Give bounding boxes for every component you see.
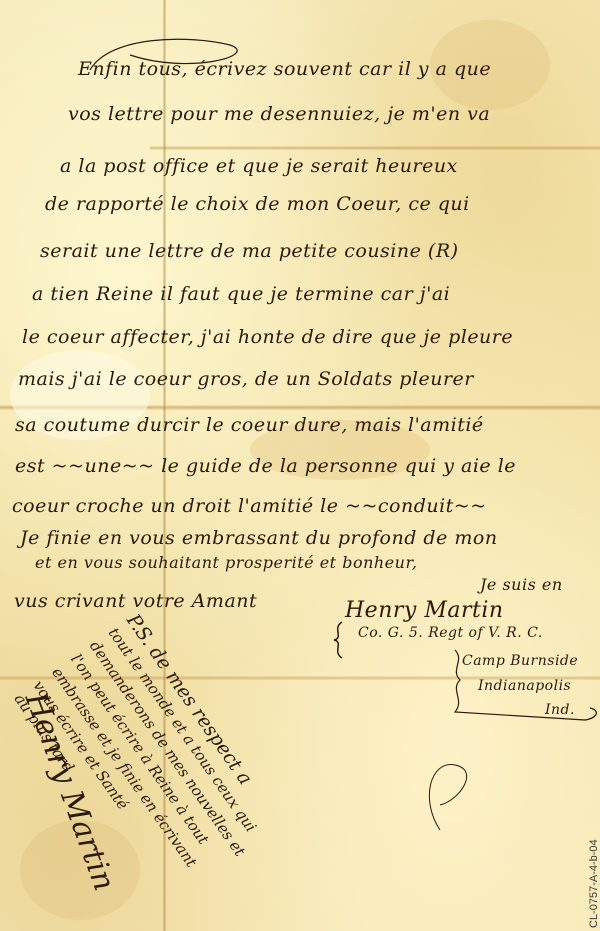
opening-flourish <box>70 15 250 95</box>
letter-line-4: de rapporté le choix de mon Coeur, ce qu… <box>45 193 470 215</box>
letter-line-2: vos lettre pour me desennuiez, je m'en v… <box>68 103 490 125</box>
letter-line-7: le coeur affecter, j'ai honte de dire qu… <box>22 326 513 348</box>
letter-line-8: mais j'ai le coeur gros, de un Soldats p… <box>18 368 474 390</box>
letter-line-9: sa coutume durcir le coeur dure, mais l'… <box>15 414 484 436</box>
letter-line-1: Enfin tous, écrivez souvent car il y a q… <box>78 58 491 80</box>
letter-line-14: Je suis en <box>480 575 563 594</box>
letter-line-13: et en vous souhaitant prosperité et bonh… <box>35 553 417 572</box>
letter-line-11: coeur croche un droit l'amitié le ~~cond… <box>12 495 487 517</box>
catalog-label: CL-0757-A-4-b-04 <box>588 839 600 928</box>
signature-name: Henry Martin <box>345 598 504 623</box>
horizontal-fold-crease-top <box>150 146 600 150</box>
signature-address-line-1: Co. G. 5. Regt of V. R. C. <box>358 625 543 641</box>
letter-line-3: a la post office et que je serait heureu… <box>60 155 458 177</box>
letter-line-12: Je finie en vous embrassant du profond d… <box>20 527 498 549</box>
letter-line-15: vus crivant votre Amant <box>14 590 257 612</box>
letter-line-6: a tien Reine il faut que je termine car … <box>32 283 450 305</box>
signature-brace <box>330 620 350 660</box>
letter-line-5: serait une lettre de ma petite cousine (… <box>40 240 459 262</box>
letter-line-10: est ~~une~~ le guide de la personne qui … <box>15 455 516 477</box>
letter-page: Enfin tous, écrivez souvent car il y a q… <box>0 0 600 931</box>
address-underline <box>450 640 600 730</box>
postscript-flourish <box>420 760 480 840</box>
